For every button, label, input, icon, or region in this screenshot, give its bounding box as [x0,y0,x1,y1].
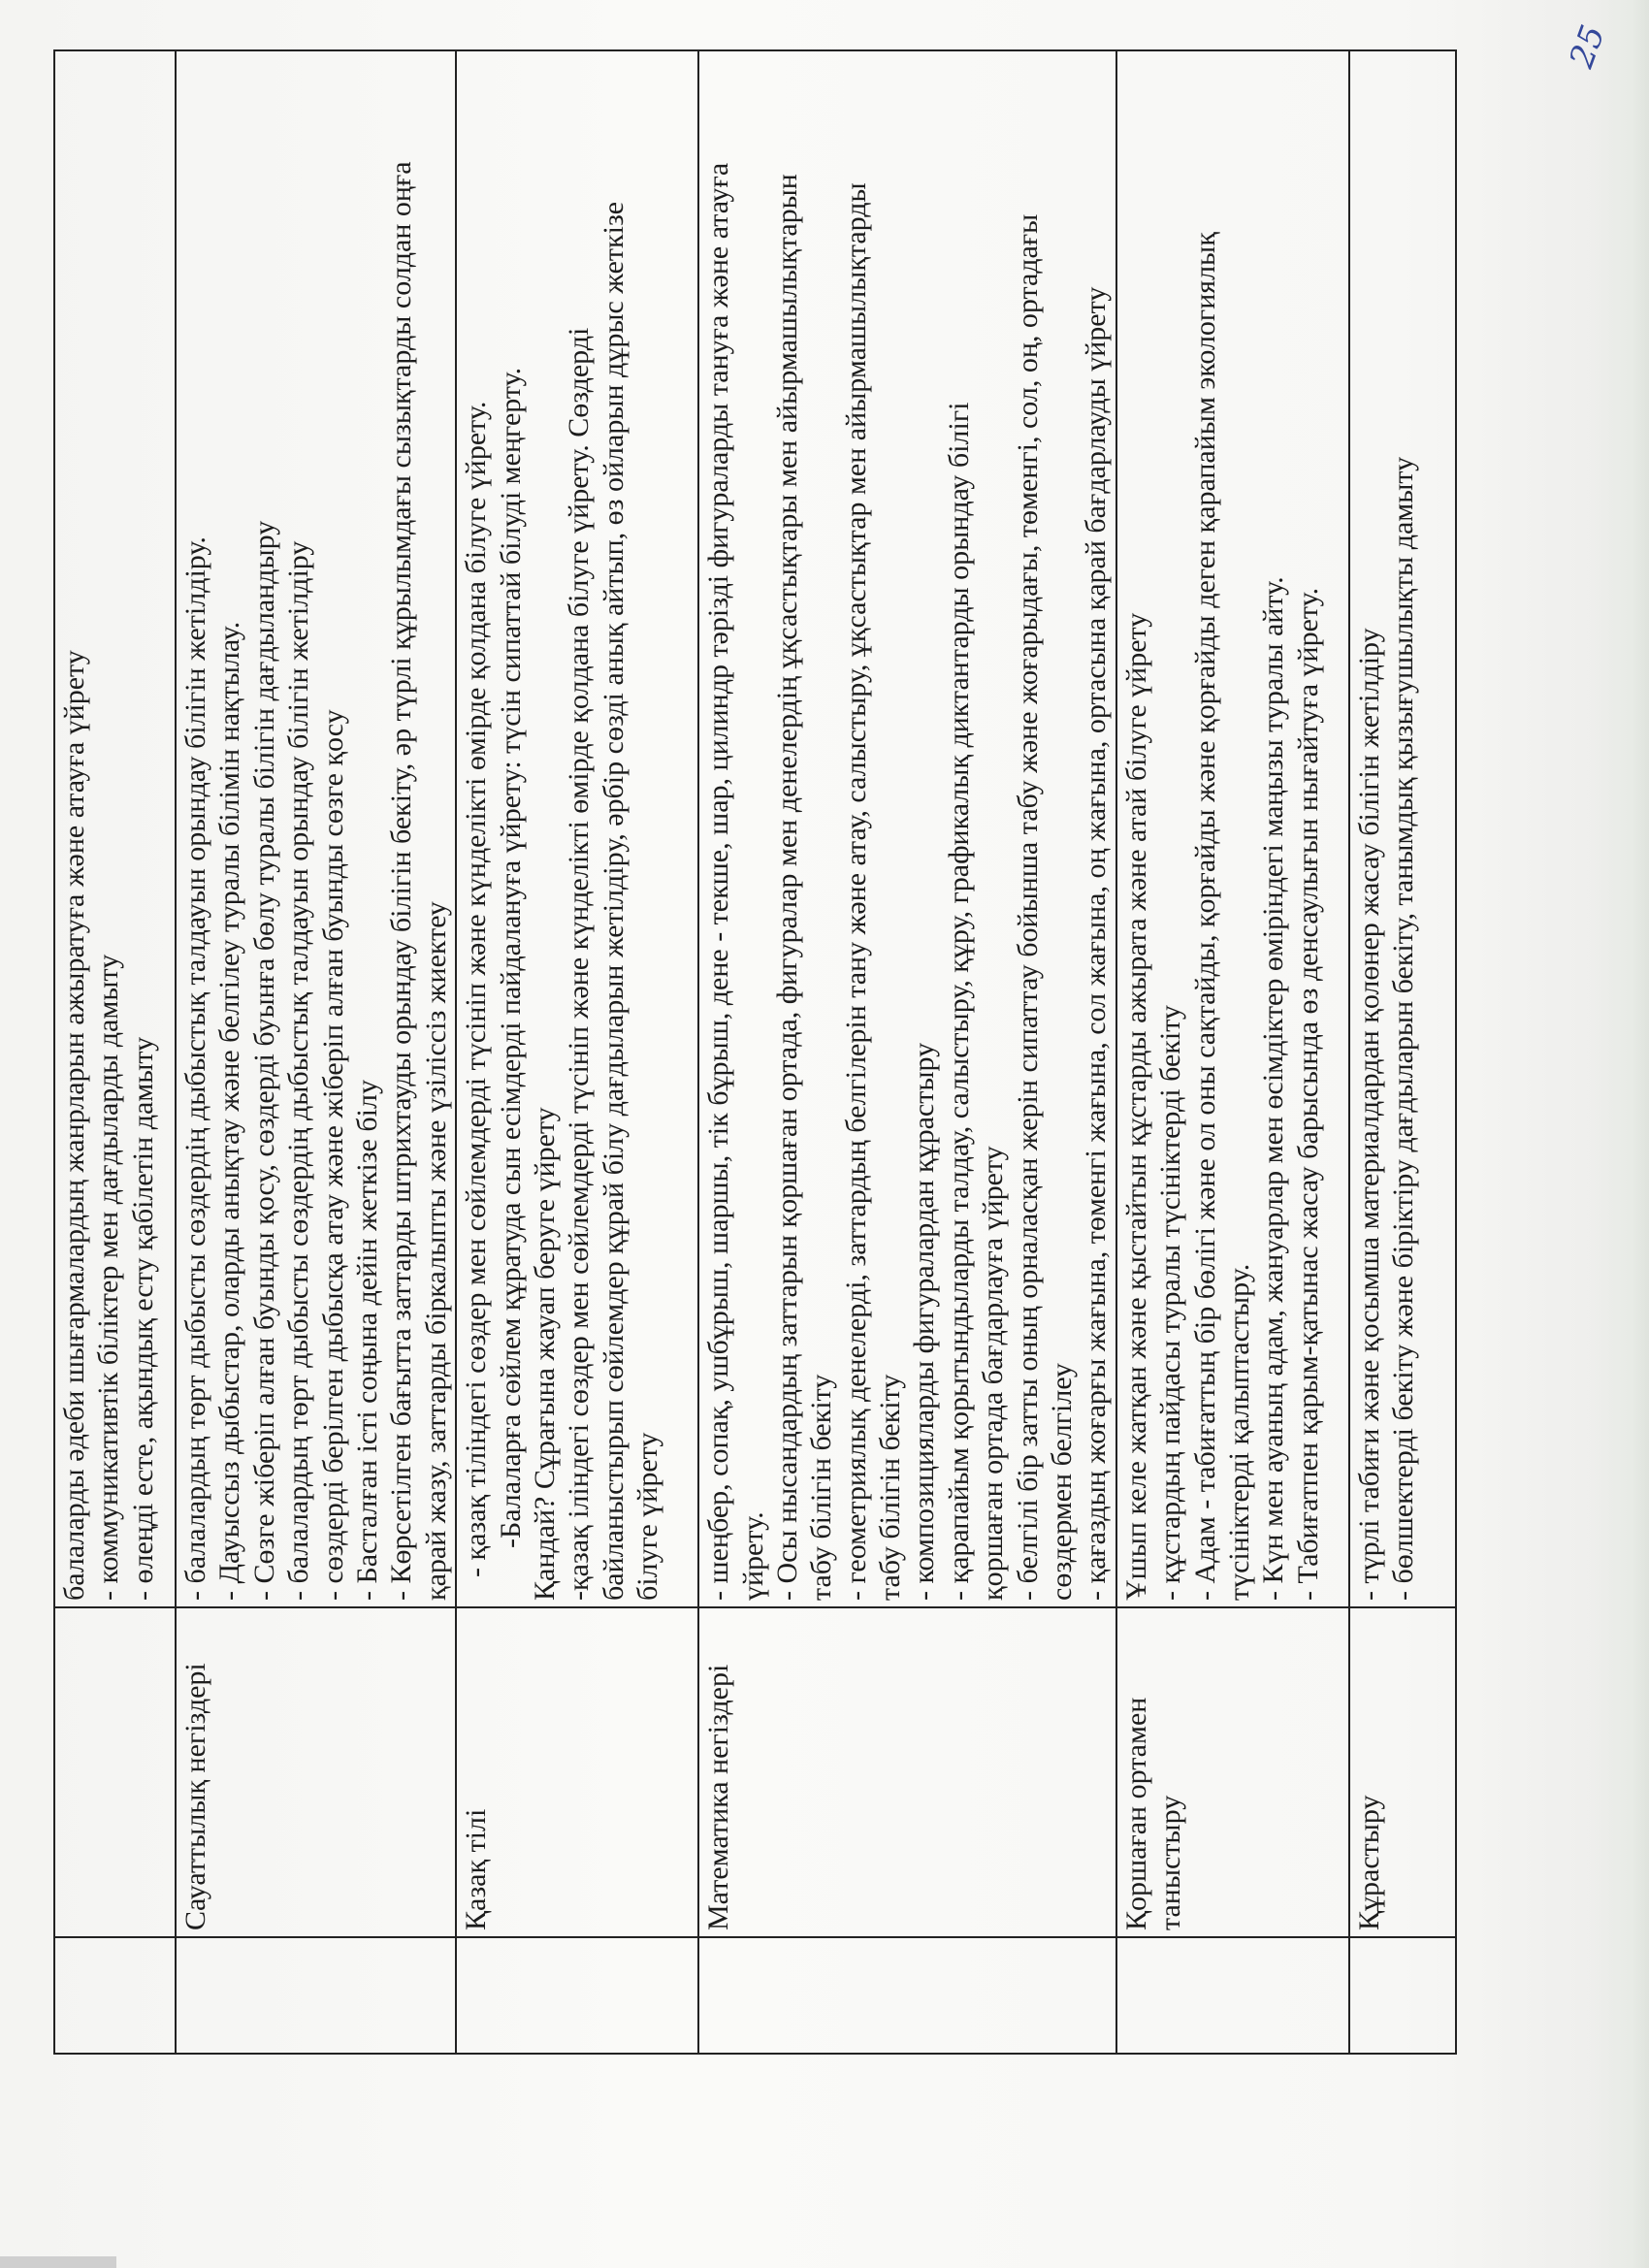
content-line: Қандай? Сұрағына жауап беруге үйрету [528,57,562,1601]
rotated-document: балаларды әдеби шығармалардың жанрларын … [53,51,1440,2055]
subject-cell [54,1607,176,1937]
subject-cell: Құрастыру [1349,1607,1456,1937]
content-line: білуге үйрету [630,57,664,1601]
content-line: - геометриялық денелерді, заттардың белг… [839,57,873,1601]
content-line: үйрету. [736,57,770,1601]
table-row-construction: Құрастыру - түрлі табиғи және қосымша ма… [1349,50,1456,2054]
content-line: - Адам - табиғаттың бір бөлігі және ол о… [1188,57,1222,1601]
content-line: сөздермен белгілеу [1045,57,1079,1601]
blank-cell [176,1937,456,2054]
content-line: - коммуникативтік біліктер мен дағдылард… [91,57,125,1601]
content-cell: Ұшып келе жатқан және қыстайтын құстарды… [1116,50,1349,1607]
content-line: табу білігін бекіту [804,57,838,1601]
subject-cell: Қазақ тілі [456,1607,698,1937]
content-line: - өлеңді есте, ақындық есту қабілетін да… [126,57,160,1601]
content-line: түсініктерді қалыптастыру. [1222,57,1256,1601]
content-line: - балалардың төрт дыбысты сөздердің дыбы… [281,57,315,1601]
table-row-kazakh-language: Қазақ тілі - қазақ тіліндегі сөздер мен … [456,50,698,2054]
content-line: -қазақ іліндегі сөздер мен сөйлемдерді т… [562,57,596,1601]
content-cell: балаларды әдеби шығармалардың жанрларын … [54,50,176,1607]
content-line: балаларды әдеби шығармалардың жанрларын … [57,57,91,1601]
content-line: байланыстырып сөйлемдер құрай білу дағды… [597,57,630,1601]
content-line: қарай жазу, заттарды біркалыпты және үзі… [419,57,453,1601]
content-line: -Балаларға сөйлем құратуда сын есімдерді… [494,57,528,1601]
content-cell: - түрлі табиғи және қосымша материалдард… [1349,50,1456,1607]
content-line: - құстардың пайдасы туралы түсініктерді … [1153,57,1187,1601]
table-row-environment: Қоршаған ортамен таныстыру Ұшып келе жат… [1116,50,1349,2054]
content-line: - композицияларды фигуралардан құрастыру [907,57,941,1601]
blank-cell [54,1937,176,2054]
content-line: - белгілі бір затты оның орналасқан жері… [1011,57,1045,1601]
content-cell: - қазақ тіліндегі сөздер мен сөйлемдерді… [456,50,698,1607]
blank-cell [1349,1937,1456,2054]
subject-cell: Қоршаған ортамен таныстыру [1116,1607,1349,1937]
content-line: - сөздерді берілген дыбысқа атау және жі… [316,57,350,1601]
content-line: - бөлшектерді бекіту және біріктіру дағд… [1386,57,1420,1601]
content-line: - Дауыссыз дыбыстар, оларды анықтау және… [212,57,246,1601]
content-line: - түрлі табиғи және қосымша материалдард… [1352,57,1386,1601]
table-row-literacy-basics: Сауаттылық негіздері - балалардың төрт д… [176,50,456,2054]
blank-cell [698,1937,1116,2054]
content-line: - Осы нысандардың заттарын қоршаған орта… [770,57,804,1601]
content-line: - Табиғатпен қарым-қатынас жасау барысын… [1291,57,1325,1601]
subject-cell: Сауаттылық негіздері [176,1607,456,1937]
content-line: - Көрсетілген бағытта заттарды штрихтауд… [384,57,418,1601]
content-line: - шеңбер, сопақ, ушбұрыш, шаршы, тік бұр… [701,57,735,1601]
content-line: Ұшып келе жатқан және қыстайтын құстарды… [1119,57,1153,1601]
scan-edge-shadow [1591,0,1649,2268]
scan-bottom-edge [0,2256,116,2268]
table-row-math-basics: Математика негіздері - шеңбер, сопақ, уш… [698,50,1116,2054]
content-line: - қазақ тіліндегі сөздер мен сөйлемдерді… [459,57,493,1601]
content-line: табу білігін бекіту [873,57,907,1601]
content-line: - балалардың төрт дыбысты сөздердің дыбы… [178,57,212,1601]
blank-cell [456,1937,698,2054]
content-line: - Басталған істі соңына дейін жеткізе бі… [350,57,384,1601]
content-cell: - балалардың төрт дыбысты сөздердің дыбы… [176,50,456,1607]
content-line: - қағаздың жоғарғы жағына, төменгі жағын… [1079,57,1113,1601]
content-line: қоршаған ортада бағдарлауға үйрету [976,57,1010,1601]
blank-cell [1116,1937,1349,2054]
content-cell: - шеңбер, сопақ, ушбұрыш, шаршы, тік бұр… [698,50,1116,1607]
content-line: - Күн мен ауаның адам, жануарлар мен өсі… [1256,57,1290,1601]
curriculum-table: балаларды әдеби шығармалардың жанрларын … [53,49,1457,2055]
table-row-literature: балаларды әдеби шығармалардың жанрларын … [54,50,176,2054]
subject-cell: Математика негіздері [698,1607,1116,1937]
content-line: - қарапайым қорытындыларды талдау, салыс… [942,57,976,1601]
scanned-page: 25 балаларды әдеби шығармалардың жанрлар… [0,0,1649,2268]
content-line: - Сөзге жіберіп алған буынды қосу, сөзде… [247,57,281,1601]
